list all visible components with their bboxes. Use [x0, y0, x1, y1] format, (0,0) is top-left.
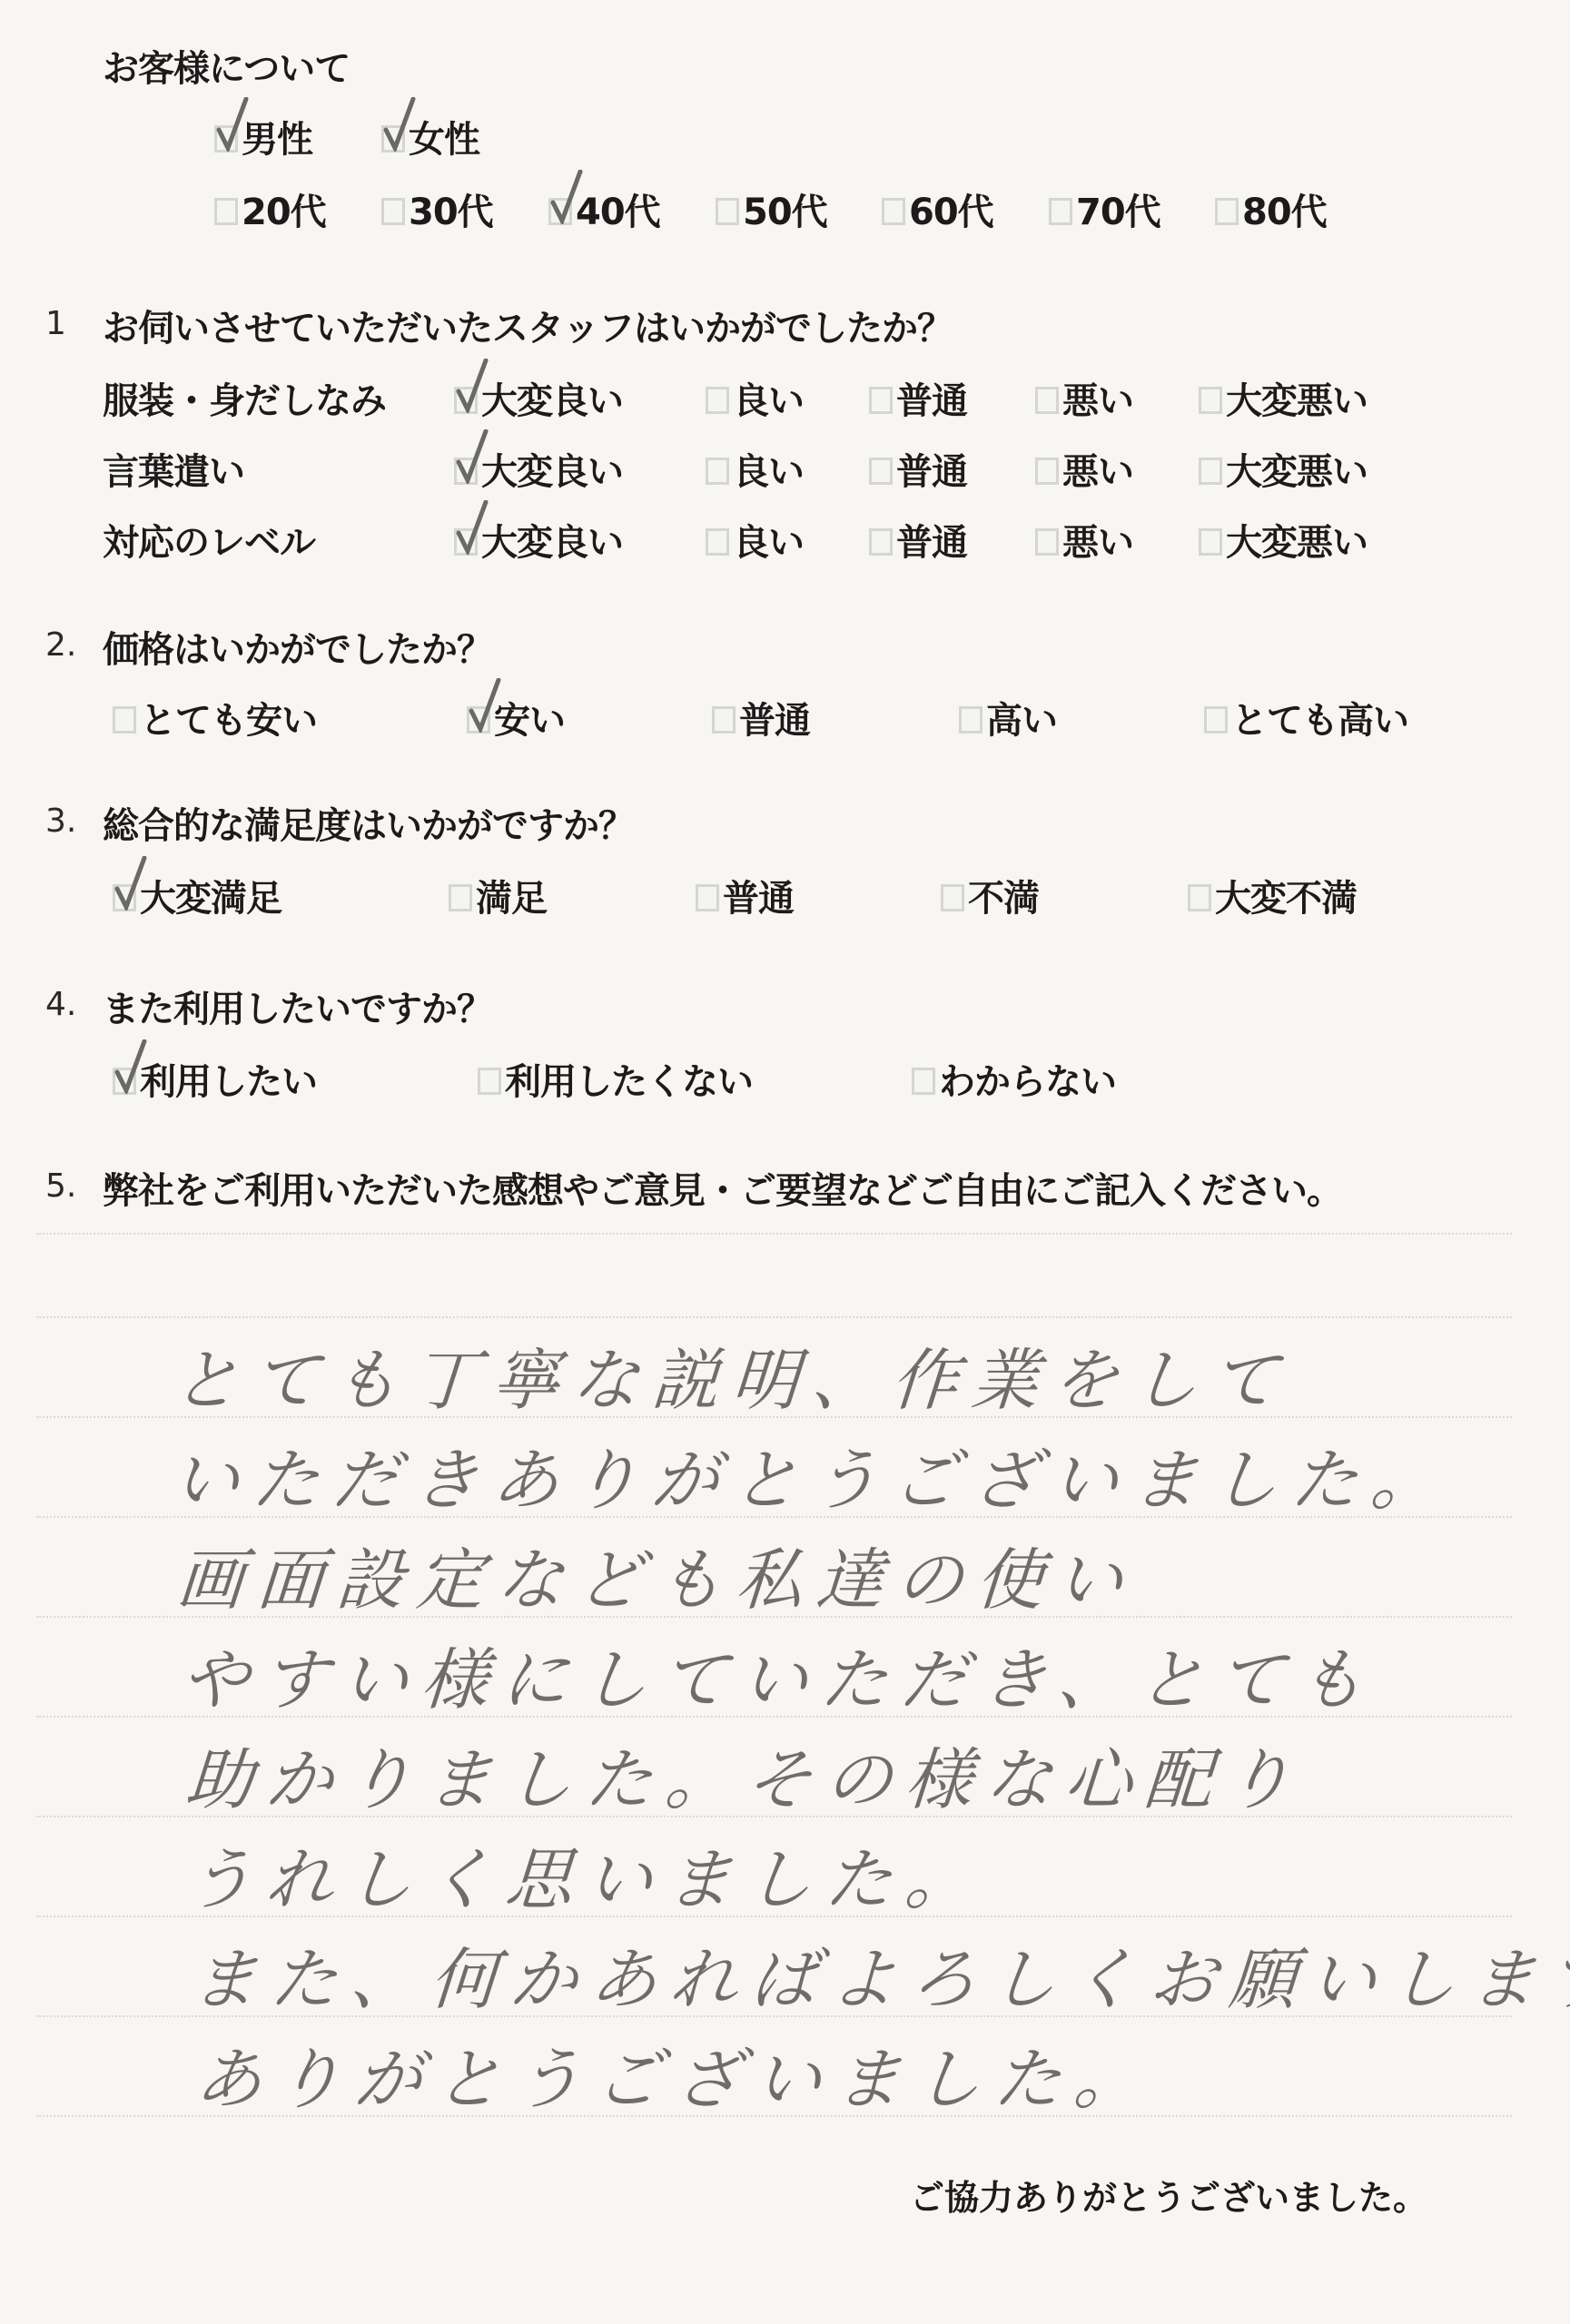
q1-row-label-language: 言葉遣い — [103, 443, 244, 495]
option-label: 男性 — [242, 111, 312, 162]
handwritten-line: いただきありがとうございました。 — [169, 1427, 1454, 1523]
option-label: 普通 — [896, 514, 967, 566]
q1-attire-average[interactable]: 普通 — [869, 372, 967, 424]
option-label: 良い — [733, 443, 804, 495]
option-label: 良い — [733, 514, 804, 566]
option-label: 悪い — [1062, 443, 1133, 495]
option-label: 安い — [494, 692, 565, 743]
q3-dissatisfied[interactable]: 不満 — [941, 870, 1039, 921]
handwritten-line: 助かりました。その様な心配り — [183, 1727, 1308, 1823]
option-label: 利用したくない — [505, 1053, 753, 1105]
checkbox-box[interactable] — [869, 528, 893, 556]
option-label: 50代 — [743, 183, 827, 235]
option-label: 大変悪い — [1226, 514, 1368, 566]
option-label: 大変満足 — [140, 870, 281, 921]
checkbox-age-60[interactable]: 60代 — [882, 183, 993, 235]
option-label: 利用したい — [140, 1053, 317, 1105]
option-label: 60代 — [909, 183, 993, 235]
checkbox-box[interactable] — [1049, 198, 1072, 225]
option-label: 大変良い — [481, 443, 623, 495]
option-label: 普通 — [896, 443, 967, 495]
option-label: 30代 — [409, 183, 493, 235]
option-label: 大変悪い — [1226, 372, 1368, 424]
option-label: 満足 — [476, 870, 547, 921]
q4-not-sure[interactable]: わからない — [912, 1053, 1116, 1105]
option-label: 大変良い — [481, 372, 623, 424]
option-label: 悪い — [1062, 514, 1133, 566]
checkbox-box[interactable] — [113, 1068, 136, 1095]
checkbox-box[interactable] — [381, 125, 405, 153]
option-label: 女性 — [409, 111, 479, 162]
option-label: 普通 — [896, 372, 967, 424]
q1-attire-very-good[interactable]: 大変良い — [454, 372, 623, 424]
option-label: わからない — [939, 1053, 1116, 1105]
option-label: 40代 — [576, 183, 660, 235]
q1-attire-very-bad[interactable]: 大変悪い — [1199, 372, 1368, 424]
q1-attire-bad[interactable]: 悪い — [1035, 372, 1133, 424]
q1-language-average[interactable]: 普通 — [869, 443, 967, 495]
question-number: 1 — [45, 305, 66, 342]
ruled-line — [36, 1233, 1512, 1235]
checkbox-box[interactable] — [381, 198, 405, 225]
checkbox-age-70[interactable]: 70代 — [1049, 183, 1160, 235]
checkbox-box[interactable] — [696, 884, 719, 911]
option-label: 普通 — [723, 870, 794, 921]
question-2-text: 価格はいかがでしたか？ — [103, 621, 492, 673]
checkbox-age-20[interactable]: 20代 — [214, 183, 326, 235]
handwritten-line: 画面設定なども私達の使い — [173, 1527, 1139, 1623]
checkbox-box[interactable] — [548, 198, 572, 225]
checkbox-box[interactable] — [449, 884, 472, 911]
q2-very-cheap[interactable]: とても安い — [113, 692, 317, 743]
checkbox-box[interactable] — [1204, 706, 1228, 734]
question-1-text: お伺いさせていただいたスタッフはいかがでしたか？ — [103, 300, 953, 351]
q1-attire-good[interactable]: 良い — [706, 372, 804, 424]
q3-very-satisfied[interactable]: 大変満足 — [113, 870, 281, 921]
question-number: 5. — [45, 1167, 76, 1205]
question-number: 2. — [45, 626, 76, 664]
q1-service-very-bad[interactable]: 大変悪い — [1199, 514, 1368, 566]
question-4-text: また利用したいですか？ — [103, 980, 492, 1032]
option-label: 不満 — [968, 870, 1039, 921]
q2-cheap[interactable]: 安い — [467, 692, 565, 743]
checkbox-box[interactable] — [1035, 387, 1059, 414]
q1-service-good[interactable]: 良い — [706, 514, 804, 566]
option-label: 大変良い — [481, 514, 623, 566]
handwritten-line: うれしく思いました。 — [183, 1827, 988, 1923]
option-label: とても安い — [140, 692, 317, 743]
checkbox-box[interactable] — [1215, 198, 1239, 225]
handwritten-line: また、何かあればよろしくお願いします。 — [187, 1926, 1570, 2023]
checkbox-box[interactable] — [712, 706, 736, 734]
checkbox-box[interactable] — [912, 1068, 935, 1095]
checkbox-box[interactable] — [113, 884, 136, 911]
option-label: 大変悪い — [1226, 443, 1368, 495]
checkbox-box[interactable] — [1199, 387, 1222, 414]
checkbox-gender-male[interactable]: 男性 — [214, 111, 312, 162]
checkbox-box[interactable] — [959, 706, 982, 734]
question-5-text: 弊社をご利用いただいた感想やご意見・ご要望などご自由にご記入ください。 — [103, 1162, 1342, 1214]
checkbox-box[interactable] — [1035, 528, 1059, 556]
checkbox-box[interactable] — [478, 1068, 501, 1095]
option-label: 良い — [733, 372, 804, 424]
q1-language-bad[interactable]: 悪い — [1035, 443, 1133, 495]
q1-row-label-service: 対応のレベル — [103, 514, 315, 566]
q2-expensive[interactable]: 高い — [959, 692, 1057, 743]
option-label: 悪い — [1062, 372, 1133, 424]
handwritten-line: ありがとうございました。 — [192, 2026, 1157, 2122]
checkbox-box[interactable] — [467, 706, 490, 734]
option-label: 70代 — [1076, 183, 1160, 235]
q2-very-expensive[interactable]: とても高い — [1204, 692, 1408, 743]
option-label: 20代 — [242, 183, 326, 235]
checkbox-box[interactable] — [1199, 528, 1222, 556]
q1-language-good[interactable]: 良い — [706, 443, 804, 495]
checkbox-box[interactable] — [454, 458, 478, 485]
checkbox-box[interactable] — [454, 387, 478, 414]
handwritten-line: とても丁寧な説明、作業をして — [169, 1327, 1294, 1423]
checkbox-box[interactable] — [869, 387, 893, 414]
checkbox-box[interactable] — [706, 528, 729, 556]
checkbox-box[interactable] — [113, 706, 136, 734]
q1-language-very-bad[interactable]: 大変悪い — [1199, 443, 1368, 495]
q1-service-very-good[interactable]: 大変良い — [454, 514, 623, 566]
q1-service-bad[interactable]: 悪い — [1035, 514, 1133, 566]
checkbox-box[interactable] — [716, 198, 739, 225]
checkbox-box[interactable] — [869, 458, 893, 485]
q4-would-not-use[interactable]: 利用したくない — [478, 1053, 753, 1105]
checkbox-box[interactable] — [706, 458, 729, 485]
checkbox-box[interactable] — [214, 125, 238, 153]
handwritten-line: やすい様にしていただき、とても — [178, 1627, 1380, 1723]
q1-service-average[interactable]: 普通 — [869, 514, 967, 566]
checkbox-box[interactable] — [1188, 884, 1211, 911]
q3-satisfied[interactable]: 満足 — [449, 870, 547, 921]
checkbox-box[interactable] — [454, 528, 478, 556]
checkbox-age-80[interactable]: 80代 — [1215, 183, 1327, 235]
checkbox-age-40[interactable]: 40代 — [548, 183, 660, 235]
q3-average[interactable]: 普通 — [696, 870, 794, 921]
q2-average[interactable]: 普通 — [712, 692, 810, 743]
option-label: 80代 — [1242, 183, 1327, 235]
checkbox-age-30[interactable]: 30代 — [381, 183, 493, 235]
checkbox-box[interactable] — [706, 387, 729, 414]
customer-heading: お客様について — [103, 40, 350, 92]
checkbox-box[interactable] — [882, 198, 905, 225]
checkbox-box[interactable] — [1199, 458, 1222, 485]
option-label: とても高い — [1231, 692, 1408, 743]
ruled-line — [36, 1316, 1512, 1318]
checkbox-age-50[interactable]: 50代 — [716, 183, 827, 235]
question-3-text: 総合的な満足度はいかがですか？ — [103, 797, 634, 849]
checkbox-gender-female[interactable]: 女性 — [381, 111, 479, 162]
checkbox-box[interactable] — [1035, 458, 1059, 485]
question-number: 4. — [45, 986, 76, 1023]
q3-very-dissatisfied[interactable]: 大変不満 — [1188, 870, 1357, 921]
option-label: 普通 — [739, 692, 810, 743]
option-label: 高い — [986, 692, 1057, 743]
checkbox-box[interactable] — [214, 198, 238, 225]
q4-would-use[interactable]: 利用したい — [113, 1053, 317, 1105]
checkbox-box[interactable] — [941, 884, 964, 911]
option-label: 大変不満 — [1215, 870, 1357, 921]
q1-row-label-attire: 服装・身だしなみ — [103, 372, 386, 424]
thank-you-message: ご協力ありがとうございました。 — [910, 2170, 1427, 2220]
question-number: 3. — [45, 803, 76, 840]
q1-language-very-good[interactable]: 大変良い — [454, 443, 623, 495]
